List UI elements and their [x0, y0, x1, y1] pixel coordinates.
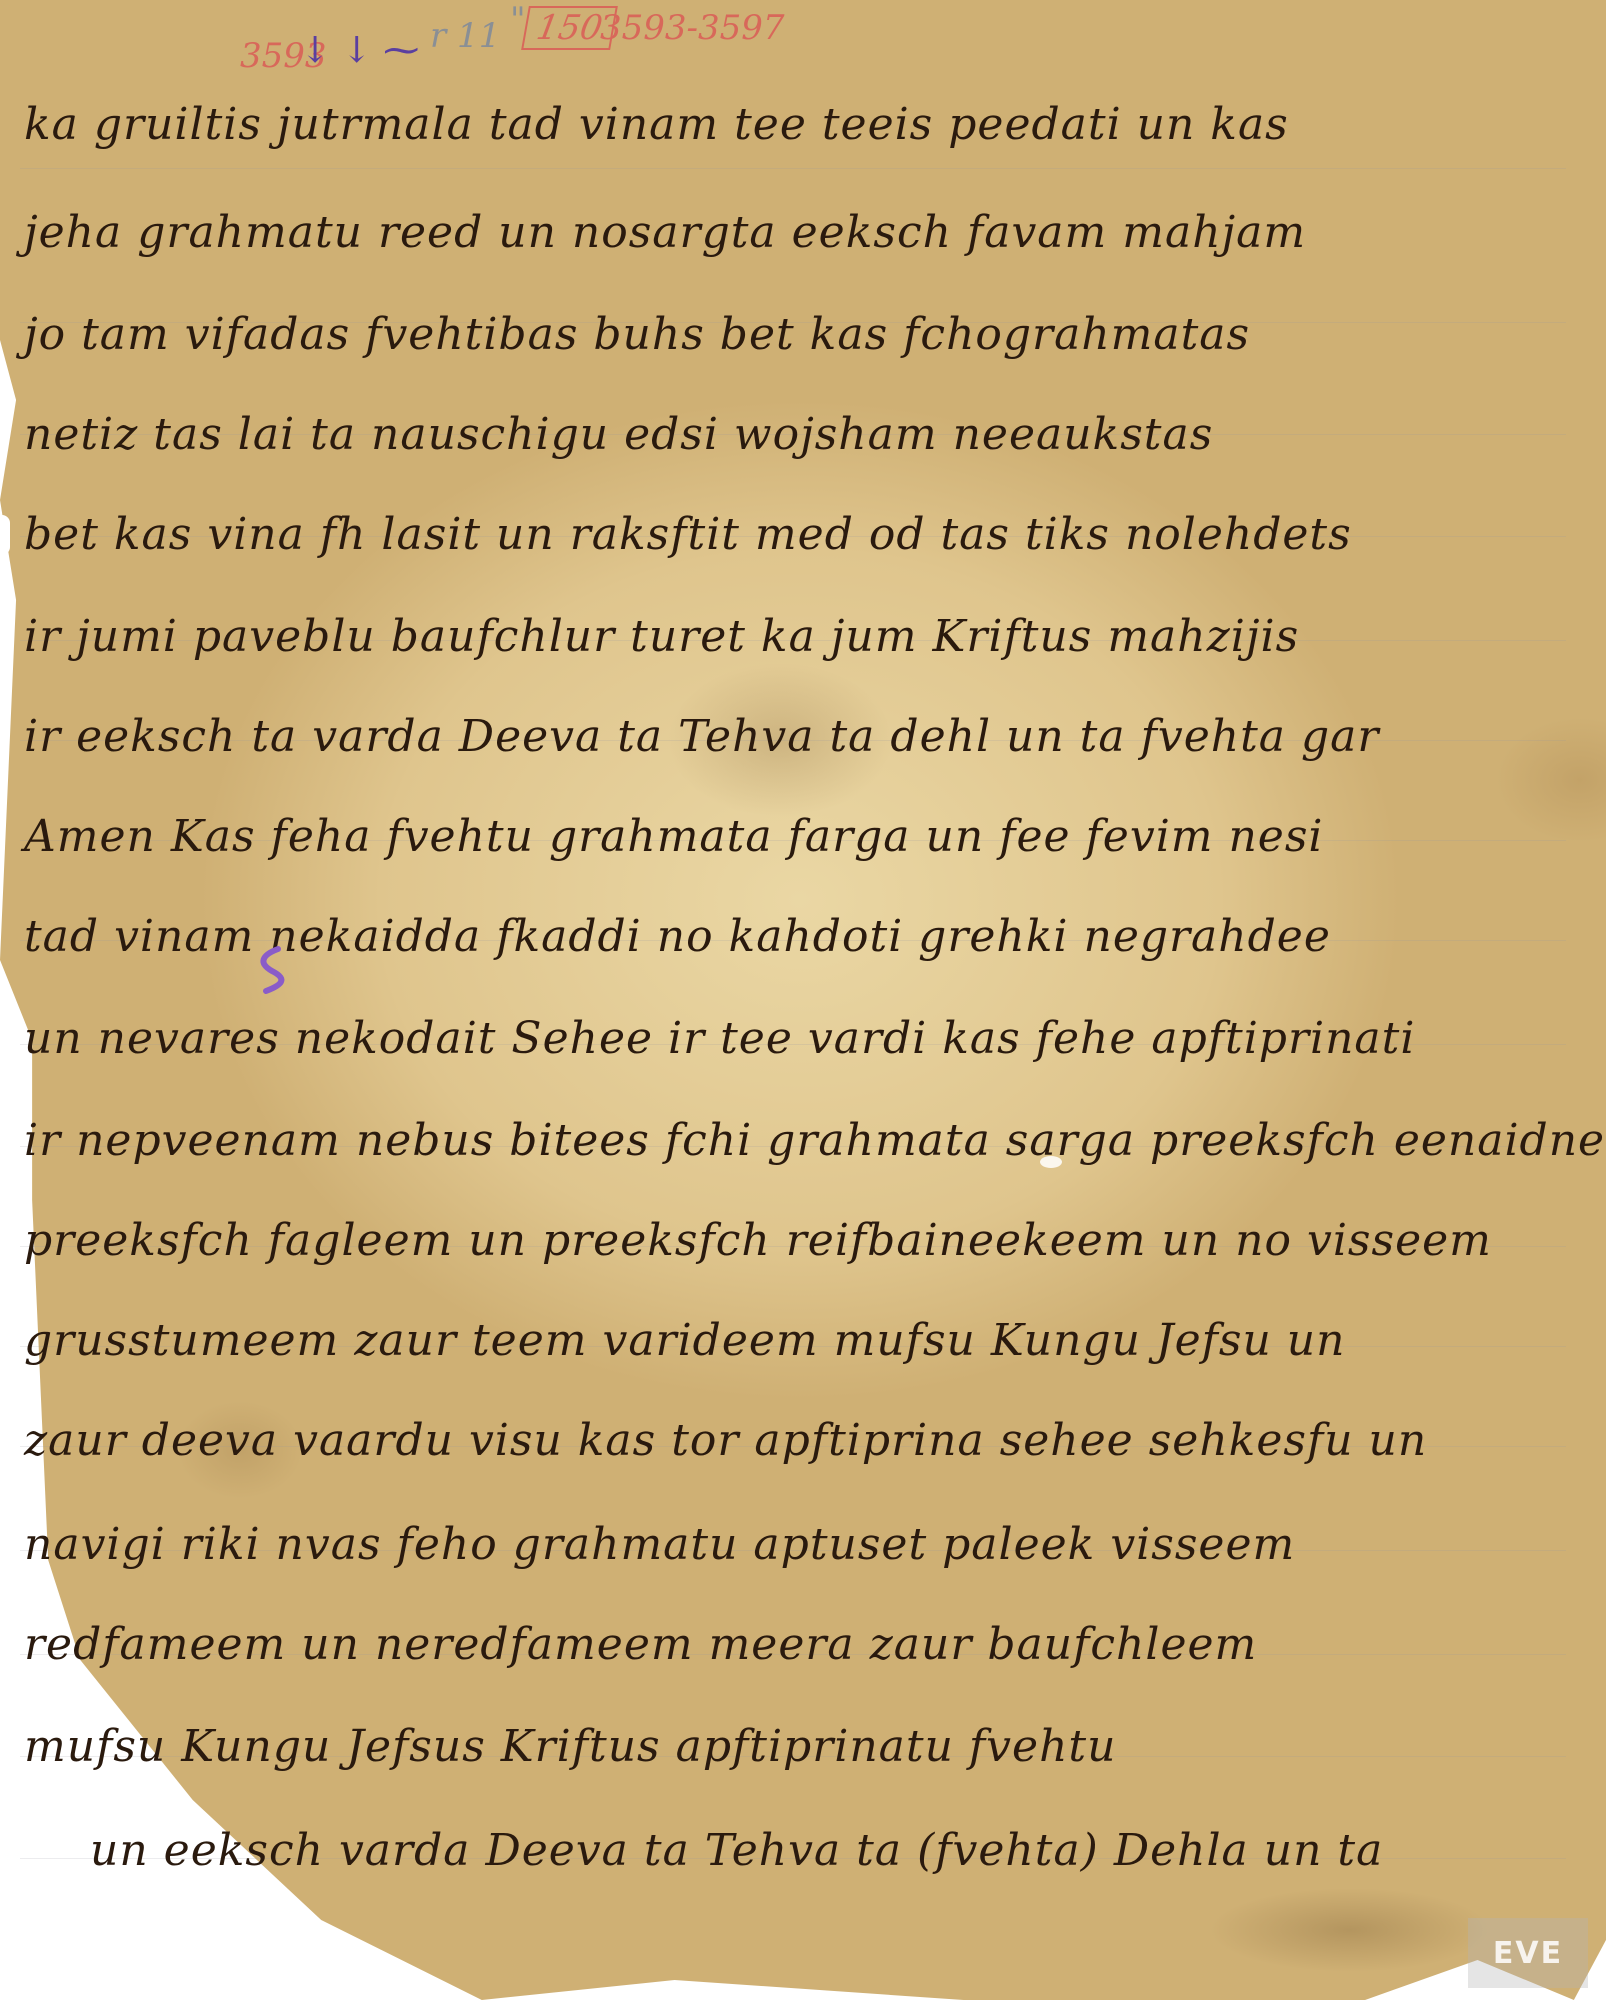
handwritten-line: ir nepveenam nebus bitees fchi grahmata … — [24, 1096, 1576, 1186]
archive-marks: 3593 ↓ ↓ ⁓ r 11 " 150 3593-3597 — [0, 0, 1606, 80]
handwritten-line: un nevares nekodait Sehee ir tee vardi k… — [24, 994, 1576, 1084]
archive-watermark: EVE — [1468, 1918, 1588, 1988]
gray-pencil-marks: r 11 — [430, 16, 500, 56]
paper-tear — [0, 515, 10, 555]
handwritten-line: redfameem un neredfameem meera zaur bauf… — [24, 1600, 1576, 1690]
violet-pencil-marks: ↓ ↓ ⁓ — [300, 30, 419, 71]
handwritten-line: ir eeksch ta varda Deeva ta Tehva ta deh… — [24, 692, 1576, 782]
handwritten-line: jo tam vifadas fvehtibas buhs bet kas fc… — [24, 290, 1576, 380]
handwritten-line: mufsu Kungu Jefsus Kriftus apftiprinatu … — [24, 1702, 1576, 1792]
handwritten-line: jeha grahmatu reed un nosargta eeksch fa… — [24, 188, 1576, 278]
handwritten-line: netiz tas lai ta nauschigu edsi wojsham … — [24, 390, 1576, 480]
handwritten-line: un eeksch varda Deeva ta Tehva ta (fveht… — [90, 1806, 1576, 1896]
archive-number-range: 3593-3597 — [600, 8, 785, 48]
paper-hole — [1040, 1156, 1062, 1168]
handwritten-line: ir jumi paveblu baufchlur turet ka jum K… — [24, 592, 1576, 682]
violet-squiggle-mark — [248, 945, 308, 995]
handwritten-line: zaur deeva vaardu visu kas tor apftiprin… — [24, 1396, 1576, 1486]
handwritten-line: Amen Kas feha fvehtu grahmata farga un f… — [24, 792, 1576, 882]
handwritten-line: navigi riki nvas feho grahmatu aptuset p… — [24, 1500, 1576, 1590]
handwritten-line: ka gruiltis jutrmala tad vinam tee teeis… — [24, 80, 1576, 170]
handwritten-line: grusstumeem zaur teem varideem mufsu Kun… — [24, 1296, 1576, 1386]
handwritten-line: bet kas vina fh lasit un raksftit med od… — [24, 490, 1576, 580]
handwritten-line: preeksfch fagleem un preeksfch reifbaine… — [24, 1196, 1576, 1286]
